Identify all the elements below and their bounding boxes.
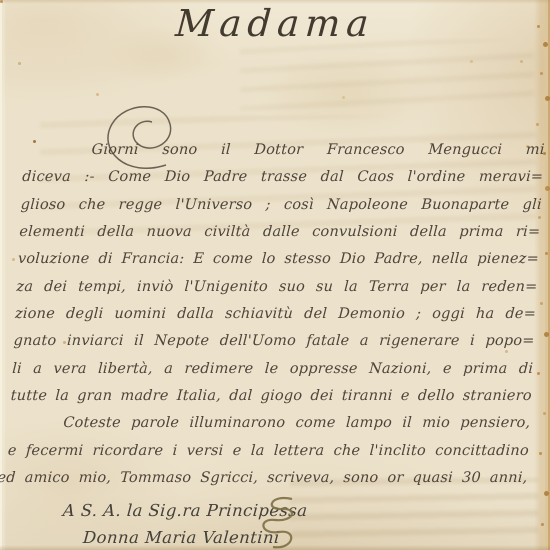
- verso-show-through-upper-right: [240, 40, 534, 110]
- letter-line-2: diceva :- Come Dio Padre trasse dal Caos…: [21, 164, 543, 191]
- letter-line-6: za dei tempi, inviò l'Unigenito suo su l…: [16, 274, 538, 301]
- letter-line-13: ed amico mio, Tommaso Sgricci, scriveva,…: [0, 465, 528, 492]
- manuscript-page: Madama Giorni sono il Dottor Francesco M…: [0, 0, 550, 550]
- letter-line-12: e fecermi ricordare i versi e la lettera…: [7, 438, 529, 465]
- letter-line-4: elementi della nuova civiltà dalle convu…: [19, 219, 541, 246]
- letter-body: Giorni sono il Dottor Francesco Mengucci…: [6, 137, 546, 492]
- letter-line-8: gnato inviarci il Nepote dell'Uomo fatal…: [13, 328, 535, 355]
- letter-line-7: zione degli uomini dalla schiavitù del D…: [14, 301, 536, 328]
- closing-address: A S. A. la Sig.ra Principessa Donna Mari…: [60, 497, 308, 550]
- recipient-name: Donna Maria Valentini: [60, 524, 306, 550]
- letter-line-5: voluzione di Francia: E come lo stesso D…: [17, 246, 539, 273]
- letter-line-10: tutte la gran madre Italia, dal giogo de…: [10, 383, 532, 410]
- closing-address-line: A S. A. la Sig.ra Principessa: [62, 497, 308, 524]
- letter-line-9: li a vera libertà, a redimere le oppress…: [11, 356, 533, 383]
- letter-line-3: glioso che regge l'Universo ; così Napol…: [20, 192, 542, 219]
- letter-line-1: Giorni sono il Dottor Francesco Mengucci…: [23, 137, 545, 164]
- letter-line-11: Coteste parole illuminarono come lampo i…: [9, 410, 531, 437]
- salutation-title: Madama: [0, 2, 550, 45]
